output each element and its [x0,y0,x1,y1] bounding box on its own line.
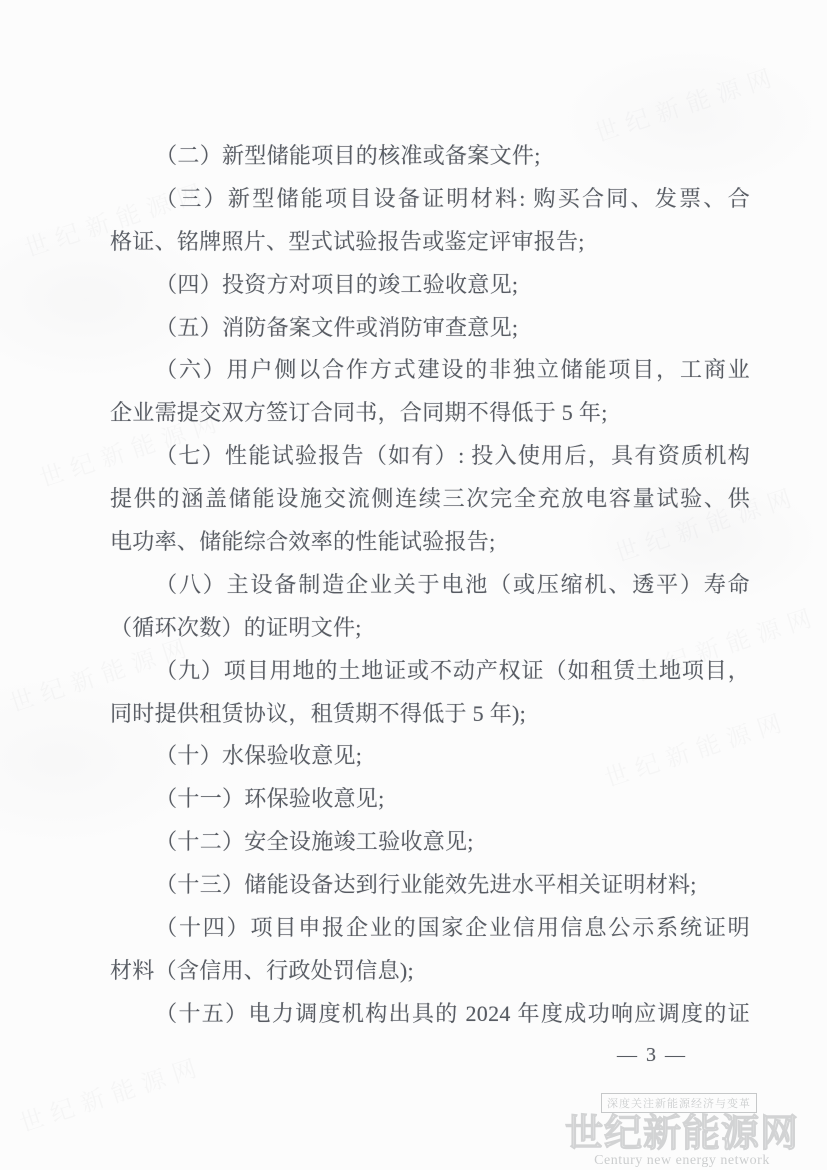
text-line-3: 格证、铭牌照片、型式试验报告或鉴定评审报告; [110,221,750,264]
document-page: 世纪新能源网 世纪新能源网 世纪新能源网 世纪新能源网 世纪新能源网 世纪新能源… [0,0,827,1170]
watermark-tagline: 深度关注新能源经济与变革 [601,1093,757,1113]
watermark-logo: 世纪新能源网 [562,1115,802,1153]
text-line-1: （二）新型储能项目的核准或备案文件; [110,135,750,178]
text-line-12: （循环次数）的证明文件; [110,607,750,650]
text-line-19: （十四）项目申报企业的国家企业信用信息公示系统证明 [110,907,750,950]
text-line-11: （八）主设备制造企业关于电池（或压缩机、透平）寿命 [110,564,750,607]
page-number: — 3 — [617,1038,687,1072]
text-line-5: （五）消防备案文件或消防审查意见; [110,307,750,350]
text-line-2: （三）新型储能项目设备证明材料: 购买合同、发票、合 [110,178,750,221]
text-line-10: 电功率、储能综合效率的性能试验报告; [110,521,750,564]
text-line-15: （十）水保验收意见; [110,735,750,778]
text-line-7: 企业需提交双方签订合同书，合同期不得低于 5 年; [110,392,750,435]
text-line-6: （六）用户侧以合作方式建设的非独立储能项目，工商业 [110,349,750,392]
watermark-tagline-row: 深度关注新能源经济与变革 [562,1093,802,1113]
text-line-17: （十二）安全设施竣工验收意见; [110,821,750,864]
text-line-16: （十一）环保验收意见; [110,778,750,821]
watermark-logo-english: Century new energy network [562,1153,802,1170]
background-watermark-text: 世纪新能源网 [14,1046,207,1139]
text-line-8: （七）性能试验报告（如有）: 投入使用后，具有资质机构 [110,435,750,478]
text-line-4: （四）投资方对项目的竣工验收意见; [110,264,750,307]
text-line-13: （九）项目用地的土地证或不动产权证（如租赁土地项目， [110,650,750,693]
text-line-21: （十五）电力调度机构出具的 2024 年度成功响应调度的证 [110,993,750,1036]
text-line-9: 提供的涵盖储能设施交流侧连续三次完全充放电容量试验、供 [110,478,750,521]
text-line-20: 材料（含信用、行政处罚信息); [110,950,750,993]
document-body: （二）新型储能项目的核准或备案文件;（三）新型储能项目设备证明材料: 购买合同、… [110,135,750,1036]
text-line-18: （十三）储能设备达到行业能效先进水平相关证明材料; [110,864,750,907]
site-watermark: 深度关注新能源经济与变革 世纪新能源网 Century new energy n… [562,1093,802,1170]
text-line-14: 同时提供租赁协议，租赁期不得低于 5 年); [110,693,750,736]
